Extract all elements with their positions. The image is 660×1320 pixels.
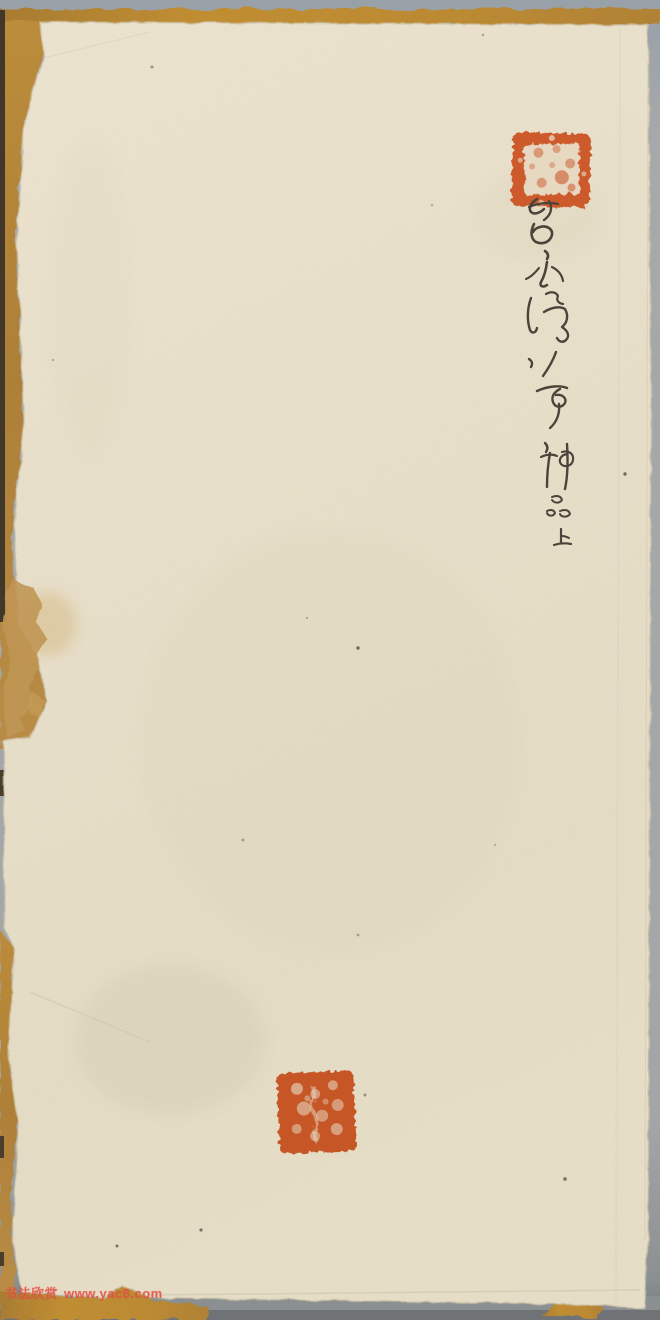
bottom-seal xyxy=(276,1070,356,1153)
watermark-site-name: 书法欣赏 xyxy=(4,1286,58,1301)
board-dark-nick xyxy=(0,1252,4,1266)
board-dark-nick xyxy=(0,1136,4,1158)
album-cover-scan xyxy=(0,0,660,1320)
top-seal xyxy=(511,132,591,208)
site-watermark: 书法欣赏www.yac8.com xyxy=(4,1283,163,1302)
board-dark-edge xyxy=(0,10,5,622)
watermark-url: www.yac8.com xyxy=(64,1286,163,1301)
album-cover-photo: 智永晚年 神品上 书法欣赏www.yac8.com xyxy=(0,0,660,1320)
